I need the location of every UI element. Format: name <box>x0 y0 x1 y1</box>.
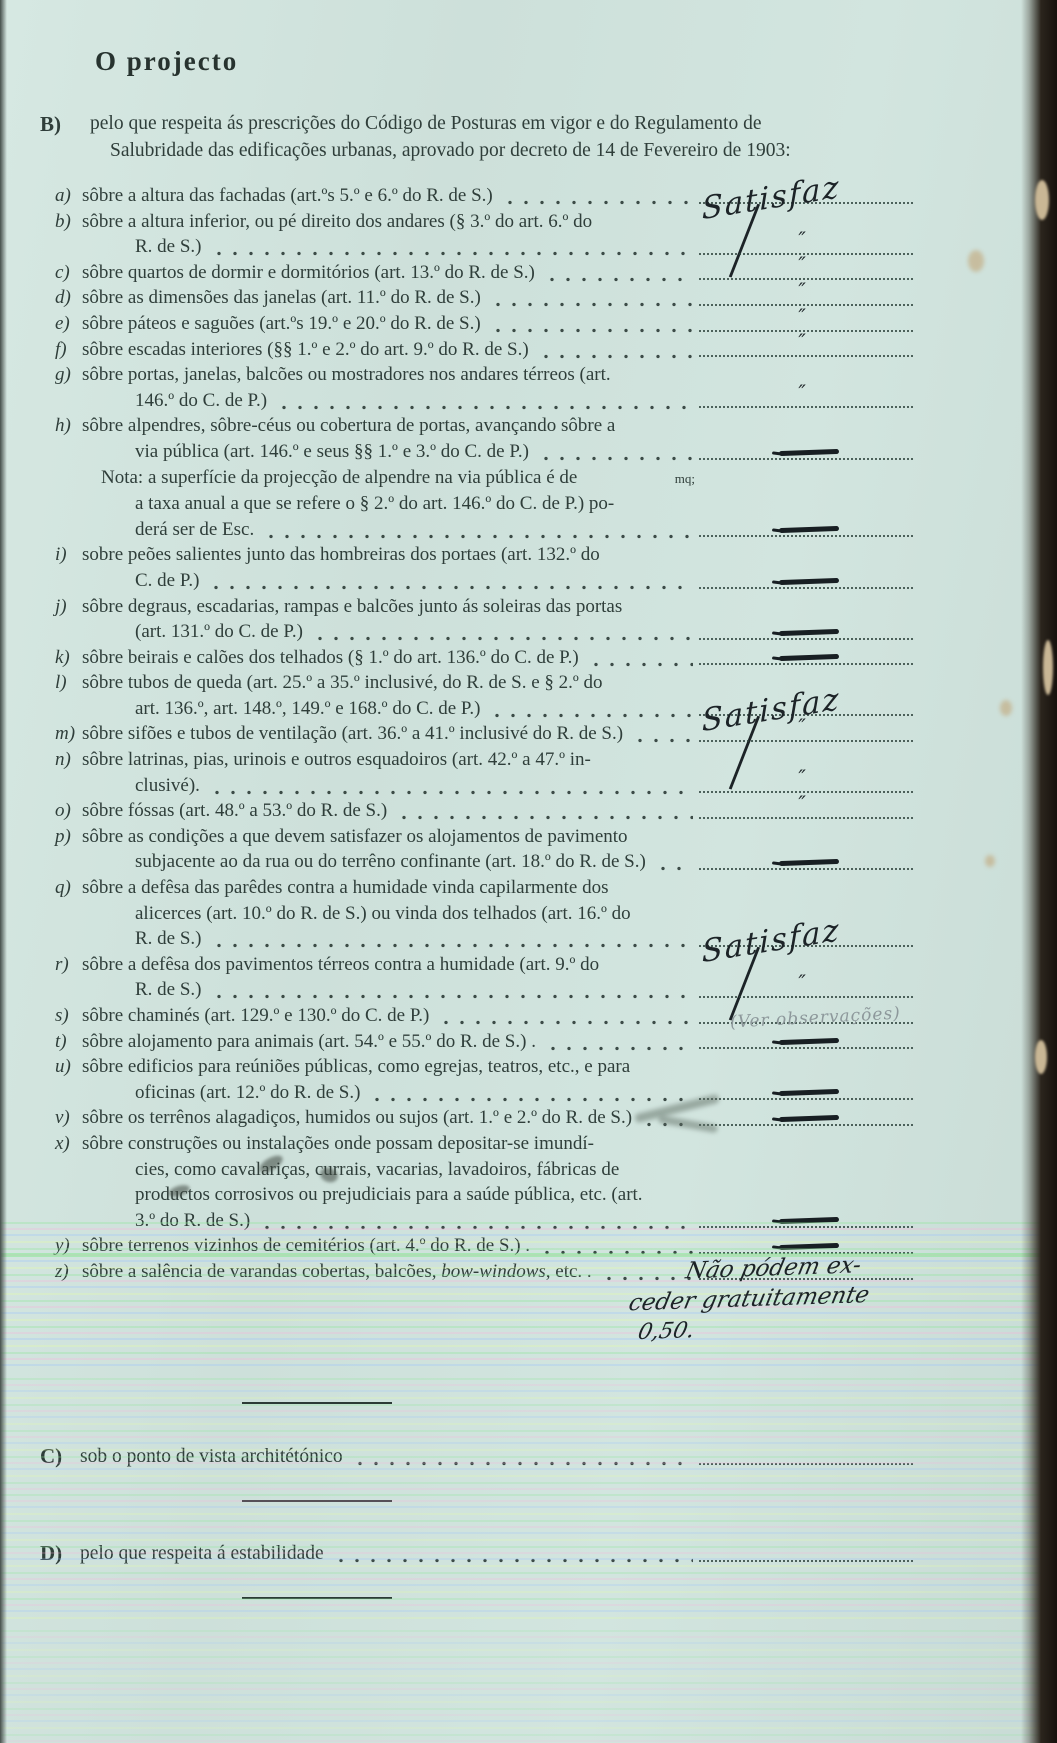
form-row: t)sôbre alojamento para animais (art. 54… <box>38 1029 915 1055</box>
item-text: sôbre terrenos vizinhos de cemitérios (a… <box>82 1233 530 1259</box>
item-label: h) <box>55 413 82 439</box>
dot-leader <box>259 1208 693 1234</box>
question-line: R. de S.) <box>55 234 695 260</box>
check-dash-mark <box>779 448 839 455</box>
item-text: subjacente ao da rua ou do terrêno confi… <box>135 849 646 875</box>
form-row: f)sôbre escadas interiores (§§ 1.º e 2.º… <box>38 337 915 363</box>
form-row: b)sôbre a altura inferior, ou pé direito… <box>38 209 915 260</box>
dot-leader <box>211 926 694 952</box>
answer-line <box>695 1054 915 1105</box>
item-text: sôbre construções ou instalações onde po… <box>82 1131 594 1157</box>
question-line: l)sôbre tubos de queda (art. 25.º a 35.º… <box>55 670 695 696</box>
section-c-label: C) <box>40 1444 80 1470</box>
section-c-row: C) sob o ponto de vista architétónico <box>38 1444 915 1470</box>
item-label: u) <box>55 1054 82 1080</box>
dotted-answer-line <box>699 253 913 255</box>
check-dash-mark <box>779 859 839 866</box>
dot-leader <box>211 977 694 1003</box>
dot-leader <box>538 337 693 363</box>
question-line: productos corrosivos ou prejudiciais par… <box>55 1182 695 1208</box>
dot-leader <box>352 1444 693 1470</box>
dot-leader <box>209 773 693 799</box>
dot-leader <box>490 285 693 311</box>
item-text: sôbre a altura das fachadas (art.ºs 5.º … <box>82 183 493 209</box>
item-label: i) <box>55 542 82 568</box>
question-line: R. de S.) <box>55 926 695 952</box>
question-line: j)sôbre degraus, escadarias, rampas e ba… <box>55 594 695 620</box>
item-text: sôbre latrinas, pias, urinois e outros e… <box>82 747 591 773</box>
form-row: g)sôbre portas, janelas, balcões ou most… <box>38 362 915 413</box>
item-text: sôbre as condições a que devem satisfaze… <box>82 824 628 850</box>
form-row: z)sôbre a salência de varandas cobertas,… <box>38 1259 915 1285</box>
dot-leader <box>276 388 693 414</box>
question-line: cies, como cavalariças, currais, vacaria… <box>55 1157 695 1183</box>
item-question: h)sôbre alpendres, sôbre-céus ou cobertu… <box>38 413 695 464</box>
answer-line: ″ <box>695 721 915 747</box>
section-b-label: B) <box>40 111 90 138</box>
item-label: o) <box>55 798 82 824</box>
section-d-row: D) pelo que respeita á estabilidade <box>38 1541 915 1567</box>
item-label: j) <box>55 594 82 620</box>
item-label: n) <box>55 747 82 773</box>
item-question: t)sôbre alojamento para animais (art. 54… <box>38 1029 695 1055</box>
dotted-answer-line <box>699 1047 913 1049</box>
question-line: art. 136.º, art. 148.º, 149.º e 168.º do… <box>55 696 695 722</box>
scanned-form-page: O projecto B) pelo que respeita ás presc… <box>0 0 1057 1743</box>
answer-line: ″ <box>695 747 915 798</box>
answer-line: Satisfaz <box>695 670 915 721</box>
handwritten-note: Não pódem ex-ceder gratuitamente0,50. <box>686 1242 1057 1347</box>
item-question: k)sôbre beirais e calões dos telhados (§… <box>38 645 695 671</box>
item-label: p) <box>55 824 82 850</box>
item-label: m) <box>55 721 82 747</box>
item-text: sôbre a altura inferior, ou pé direito d… <box>82 209 592 235</box>
page-edge-right <box>1021 0 1057 1743</box>
torn-paper <box>1035 180 1049 220</box>
form-row: d)sôbre as dimensões das janelas (art. 1… <box>38 285 915 311</box>
question-line: z)sôbre a salência de varandas cobertas,… <box>55 1259 695 1285</box>
dotted-answer-line <box>699 355 913 357</box>
form-row: x)sôbre construções ou instalações onde … <box>38 1131 915 1233</box>
ditto-mark: ″ <box>798 227 803 251</box>
dotted-answer-line <box>699 330 913 332</box>
item-text: via pública (art. 146.º e seus §§ 1.º e … <box>135 439 529 465</box>
section-c-text: sob o ponto de vista architétónico <box>80 1444 343 1470</box>
question-line: 146.º do C. de P.) <box>55 388 695 414</box>
dot-leader <box>211 234 694 260</box>
item-label: a) <box>55 183 82 209</box>
form-row: k)sôbre beirais e calões dos telhados (§… <box>38 645 915 671</box>
item-question: c)sôbre quartos de dormir e dormitórios … <box>38 260 695 286</box>
divider-rule <box>242 1597 392 1599</box>
item-text: sôbre a salência de varandas cobertas, b… <box>82 1259 441 1285</box>
item-text: art. 136.º, art. 148.º, 149.º e 168.º do… <box>135 696 480 722</box>
check-dash-mark <box>779 1243 839 1250</box>
dotted-answer-line <box>699 638 913 640</box>
question-line: n)sôbre latrinas, pias, urinois e outros… <box>55 747 695 773</box>
item-text: sôbre beirais e calões dos telhados (§ 1… <box>82 645 579 671</box>
form-row: Nota: a superfície da projecção de alpen… <box>38 465 915 543</box>
dot-leader <box>502 183 693 209</box>
answer-line: (Ver observações) <box>695 1003 915 1029</box>
ditto-mark: ″ <box>798 329 803 353</box>
item-text: sôbre a defêsa das parêdes contra a humi… <box>82 875 609 901</box>
item-text: C. de P.) <box>135 568 199 594</box>
section-d-label: D) <box>40 1541 80 1567</box>
item-text: R. de S.) <box>135 977 202 1003</box>
form-row: u)sôbre edificios para reúniões públicas… <box>38 1054 915 1105</box>
form-row: q)sôbre a defêsa das parêdes contra a hu… <box>38 875 915 952</box>
form-row: l)sôbre tubos de queda (art. 25.º a 35.º… <box>38 670 915 721</box>
item-text: sôbre escadas interiores (§§ 1.º e 2.º d… <box>82 337 529 363</box>
answer-line: ″ <box>695 285 915 311</box>
question-line: x)sôbre construções ou instalações onde … <box>55 1131 695 1157</box>
dotted-answer-line <box>699 740 913 742</box>
age-spot <box>985 855 995 867</box>
item-text: sôbre alpendres, sôbre-céus ou cobertura… <box>82 413 615 439</box>
form-row: p)sôbre as condições a que devem satisfa… <box>38 824 915 875</box>
dotted-answer-line <box>699 868 913 870</box>
ditto-mark: ″ <box>798 380 803 404</box>
answer-line <box>695 1105 915 1131</box>
form-row: s)sôbre chaminés (art. 129.º e 130.º do … <box>38 1003 915 1029</box>
item-text-italic: bow-windows <box>441 1259 546 1285</box>
form-row: n)sôbre latrinas, pias, urinois e outros… <box>38 747 915 798</box>
dot-leader <box>490 311 693 337</box>
section-b-line1: B) pelo que respeita ás prescrições do C… <box>40 111 925 138</box>
dot-leader <box>632 721 693 747</box>
check-dash-mark <box>779 1038 839 1045</box>
scan-artifact-stripes <box>0 1630 1057 1743</box>
item-text: sôbre sifões e tubos de ventilação (art.… <box>82 721 623 747</box>
dotted-answer-line <box>699 996 913 998</box>
answer-line: ″ <box>695 362 915 413</box>
dotted-answer-line <box>699 817 913 819</box>
dot-leader <box>544 260 693 286</box>
check-dash-mark <box>779 1217 839 1224</box>
item-text: sôbre os terrênos alagadiços, humidos ou… <box>82 1105 632 1131</box>
section-c-question: C) sob o ponto de vista architétónico <box>38 1444 695 1470</box>
check-dash-mark <box>779 1115 839 1122</box>
question-line: (art. 131.º do C. de P.) <box>55 619 695 645</box>
item-question: d)sôbre as dimensões das janelas (art. 1… <box>38 285 695 311</box>
item-question: y)sôbre terrenos vizinhos de cemitérios … <box>38 1233 695 1259</box>
dot-leader <box>655 849 693 875</box>
item-question: n)sôbre latrinas, pias, urinois e outros… <box>38 747 695 798</box>
question-line: t)sôbre alojamento para animais (art. 54… <box>55 1029 695 1055</box>
check-dash-mark <box>779 654 839 661</box>
ditto-mark: ″ <box>798 970 803 994</box>
question-line: u)sôbre edificios para reúniões públicas… <box>55 1054 695 1080</box>
dotted-answer-line <box>699 663 913 665</box>
spacer <box>577 465 674 492</box>
item-label: s) <box>55 1003 82 1029</box>
item-label: x) <box>55 1131 82 1157</box>
item-text: derá ser de Esc. <box>135 517 254 543</box>
item-label: c) <box>55 260 82 286</box>
item-question: a)sôbre a altura das fachadas (art.ºs 5.… <box>38 183 695 209</box>
check-dash-mark <box>779 629 839 636</box>
item-text: R. de S.) <box>135 926 202 952</box>
question-line: r)sôbre a defêsa dos pavimentos térreos … <box>55 952 695 978</box>
item-label: b) <box>55 209 82 235</box>
question-line: subjacente ao da rua ou do terrêno confi… <box>55 849 695 875</box>
question-line: s)sôbre chaminés (art. 129.º e 130.º do … <box>55 1003 695 1029</box>
question-line: oficinas (art. 12.º do R. de S.) <box>55 1080 695 1106</box>
dot-leader <box>641 1105 693 1131</box>
item-text: sôbre fóssas (art. 48.º a 53.º do R. de … <box>82 798 387 824</box>
question-line: f)sôbre escadas interiores (§§ 1.º e 2.º… <box>55 337 695 363</box>
divider-rule <box>242 1402 392 1404</box>
form-row: r)sôbre a defêsa dos pavimentos térreos … <box>38 952 915 1003</box>
item-text: sobre peões salientes junto das hombreir… <box>82 542 600 568</box>
answer-line <box>695 1444 915 1470</box>
item-question: i)sobre peões salientes junto das hombre… <box>38 542 695 593</box>
question-line: alicerces (art. 10.º do R. de S.) ou vin… <box>55 901 695 927</box>
ditto-mark: ″ <box>798 252 803 276</box>
question-line: k)sôbre beirais e calões dos telhados (§… <box>55 645 695 671</box>
item-text: a taxa anual a que se refere o § 2.º do … <box>135 491 614 517</box>
item-question: g)sôbre portas, janelas, balcões ou most… <box>38 362 695 413</box>
answer-line <box>695 824 915 875</box>
dotted-answer-line <box>699 406 913 408</box>
item-text: oficinas (art. 12.º do R. de S.) <box>135 1080 360 1106</box>
ditto-mark: ″ <box>798 714 803 738</box>
item-question: m)sôbre sifões e tubos de ventilação (ar… <box>38 721 695 747</box>
question-line: c)sôbre quartos de dormir e dormitórios … <box>55 260 695 286</box>
page-edge-left <box>0 0 7 1743</box>
item-text: (art. 131.º do C. de P.) <box>135 619 303 645</box>
dotted-answer-line <box>699 1560 913 1562</box>
dot-leader <box>369 1080 693 1106</box>
answer-line: ″ <box>695 798 915 824</box>
superscript-unit: mq; <box>675 466 695 492</box>
dot-leader <box>601 1259 693 1285</box>
dot-leader <box>263 517 693 543</box>
dot-leader <box>312 619 693 645</box>
answer-line: ″ <box>695 209 915 260</box>
dot-leader <box>539 1233 693 1259</box>
item-question: z)sôbre a salência de varandas cobertas,… <box>38 1259 695 1285</box>
item-label: y) <box>55 1233 82 1259</box>
item-text: sôbre páteos e saguões (art.ºs 19.º e 20… <box>82 311 481 337</box>
question-line: 3.º do R. de S.) <box>55 1208 695 1234</box>
torn-paper <box>1043 640 1053 695</box>
item-question: o)sôbre fóssas (art. 48.º a 53.º do R. d… <box>38 798 695 824</box>
dot-leader <box>333 1541 693 1567</box>
item-text: alicerces (art. 10.º do R. de S.) ou vin… <box>135 901 631 927</box>
question-line: clusivé). <box>55 773 695 799</box>
item-question: q)sôbre a defêsa das parêdes contra a hu… <box>38 875 695 952</box>
item-text: sôbre a defêsa dos pavimentos térreos co… <box>82 952 599 978</box>
item-text: cies, como cavalariças, currais, vacaria… <box>135 1157 619 1183</box>
question-line: i)sobre peões salientes junto das hombre… <box>55 542 695 568</box>
section-b-text2: Salubridade das edificações urbanas, apr… <box>110 140 791 161</box>
item-question: l)sôbre tubos de queda (art. 25.º a 35.º… <box>38 670 695 721</box>
answer-line <box>695 413 915 464</box>
question-line: a)sôbre a altura das fachadas (art.ºs 5.… <box>55 183 695 209</box>
question-line: h)sôbre alpendres, sôbre-céus ou cobertu… <box>55 413 695 439</box>
form-row: o)sôbre fóssas (art. 48.º a 53.º do R. d… <box>38 798 915 824</box>
item-text: Nota: a superfície da projecção de alpen… <box>101 465 577 492</box>
answer-line <box>695 1131 915 1233</box>
question-line: o)sôbre fóssas (art. 48.º a 53.º do R. d… <box>55 798 695 824</box>
item-label: g) <box>55 362 82 388</box>
check-dash-mark <box>779 526 839 533</box>
item-question: f)sôbre escadas interiores (§§ 1.º e 2.º… <box>38 337 695 363</box>
ditto-mark: ″ <box>798 304 803 328</box>
item-label: d) <box>55 285 82 311</box>
dot-leader <box>545 1029 693 1055</box>
question-line: via pública (art. 146.º e seus §§ 1.º e … <box>55 439 695 465</box>
item-label: z) <box>55 1259 82 1285</box>
answer-line <box>695 542 915 593</box>
dot-leader <box>438 1003 693 1029</box>
question-line: m)sôbre sifões e tubos de ventilação (ar… <box>55 721 695 747</box>
dotted-answer-line <box>699 1098 913 1100</box>
question-line: q)sôbre a defêsa das parêdes contra a hu… <box>55 875 695 901</box>
item-text: productos corrosivos ou prejudiciais par… <box>135 1182 643 1208</box>
divider-rule <box>242 1500 392 1502</box>
item-question: p)sôbre as condições a que devem satisfa… <box>38 824 695 875</box>
form-row: a)sôbre a altura das fachadas (art.ºs 5.… <box>38 183 915 209</box>
form-row: h)sôbre alpendres, sôbre-céus ou cobertu… <box>38 413 915 464</box>
dotted-answer-line <box>699 278 913 280</box>
dot-leader <box>208 568 693 594</box>
item-text: sôbre portas, janelas, balcões ou mostra… <box>82 362 611 388</box>
check-dash-mark <box>779 1089 839 1096</box>
question-line: e)sôbre páteos e saguões (art.ºs 19.º e … <box>55 311 695 337</box>
item-text: sôbre edificios para reúniões públicas, … <box>82 1054 630 1080</box>
section-d-text: pelo que respeita á estabilidade <box>80 1541 324 1567</box>
dot-leader <box>396 798 693 824</box>
form-row: c)sôbre quartos de dormir e dormitórios … <box>38 260 915 286</box>
scan-artifact-stripes <box>0 1378 1057 1490</box>
item-question: s)sôbre chaminés (art. 129.º e 130.º do … <box>38 1003 695 1029</box>
ditto-mark: ″ <box>798 791 803 815</box>
item-label: v) <box>55 1105 82 1131</box>
answer-line <box>695 594 915 645</box>
dot-leader <box>489 696 693 722</box>
section-b-text1: pelo que respeita ás prescrições do Códi… <box>90 111 762 138</box>
form-row: e)sôbre páteos e saguões (art.ºs 19.º e … <box>38 311 915 337</box>
answer-line: ″ <box>695 311 915 337</box>
item-text: sôbre quartos de dormir e dormitórios (a… <box>82 260 535 286</box>
item-question: r)sôbre a defêsa dos pavimentos térreos … <box>38 952 695 1003</box>
item-text: 3.º do R. de S.) <box>135 1208 250 1234</box>
check-dash-mark <box>779 577 839 584</box>
question-line: derá ser de Esc. <box>55 517 695 543</box>
answer-line: ″ <box>695 260 915 286</box>
answer-line <box>695 1541 915 1567</box>
form-row: v)sôbre os terrênos alagadiços, humidos … <box>38 1105 915 1131</box>
dot-leader <box>538 439 693 465</box>
item-question: u)sôbre edificios para reúniões públicas… <box>38 1054 695 1105</box>
dotted-answer-line <box>699 304 913 306</box>
age-spot <box>968 250 984 272</box>
item-question: Nota: a superfície da projecção de alpen… <box>38 465 695 543</box>
answer-line: Satisfaz <box>695 183 915 209</box>
item-text: sôbre alojamento para animais (art. 54.º… <box>82 1029 536 1055</box>
question-line: p)sôbre as condições a que devem satisfa… <box>55 824 695 850</box>
form-items: a)sôbre a altura das fachadas (art.ºs 5.… <box>38 183 915 1285</box>
question-line: g)sôbre portas, janelas, balcões ou most… <box>55 362 695 388</box>
question-line: d)sôbre as dimensões das janelas (art. 1… <box>55 285 695 311</box>
question-line: Nota: a superfície da projecção de alpen… <box>55 465 695 492</box>
answer-line: Satisfaz <box>695 875 915 952</box>
dotted-answer-line <box>699 458 913 460</box>
item-question: v)sôbre os terrênos alagadiços, humidos … <box>38 1105 695 1131</box>
dotted-answer-line <box>699 1124 913 1126</box>
question-line: v)sôbre os terrênos alagadiços, humidos … <box>55 1105 695 1131</box>
item-text: sôbre degraus, escadarias, rampas e balc… <box>82 594 622 620</box>
item-label: t) <box>55 1029 82 1055</box>
item-text: , etc. . <box>546 1259 592 1285</box>
section-b-line2: Salubridade das edificações urbanas, apr… <box>40 138 925 165</box>
form-row: j)sôbre degraus, escadarias, rampas e ba… <box>38 594 915 645</box>
answer-line: Não pódem ex-ceder gratuitamente0,50. <box>695 1259 915 1285</box>
item-text: clusivé). <box>135 773 200 799</box>
form-row: m)sôbre sifões e tubos de ventilação (ar… <box>38 721 915 747</box>
answer-line <box>695 1029 915 1055</box>
item-label: q) <box>55 875 82 901</box>
form-row: i)sobre peões salientes junto das hombre… <box>38 542 915 593</box>
section-d-question: D) pelo que respeita á estabilidade <box>38 1541 695 1567</box>
answer-line: ″ <box>695 337 915 363</box>
dotted-answer-line <box>699 1463 913 1465</box>
item-question: x)sôbre construções ou instalações onde … <box>38 1131 695 1233</box>
question-line: a taxa anual a que se refere o § 2.º do … <box>55 491 695 517</box>
item-question: b)sôbre a altura inferior, ou pé direito… <box>38 209 695 260</box>
ditto-mark: ″ <box>798 765 803 789</box>
item-text: R. de S.) <box>135 234 202 260</box>
dotted-answer-line <box>699 535 913 537</box>
item-text: 146.º do C. de P.) <box>135 388 267 414</box>
question-line: y)sôbre terrenos vizinhos de cemitérios … <box>55 1233 695 1259</box>
page-title: O projecto <box>95 46 238 77</box>
dot-leader <box>588 645 693 671</box>
question-line: R. de S.) <box>55 977 695 1003</box>
section-b: B) pelo que respeita ás prescrições do C… <box>40 111 925 164</box>
item-text: sôbre as dimensões das janelas (art. 11.… <box>82 285 481 311</box>
item-text: sôbre tubos de queda (art. 25.º a 35.º i… <box>82 670 603 696</box>
dotted-answer-line <box>699 1226 913 1228</box>
answer-line: ″ <box>695 952 915 1003</box>
ditto-mark: ″ <box>798 278 803 302</box>
item-label: k) <box>55 645 82 671</box>
torn-paper <box>1035 1040 1047 1074</box>
answer-line <box>695 465 915 543</box>
item-label: f) <box>55 337 82 363</box>
item-label: l) <box>55 670 82 696</box>
dotted-answer-line <box>699 587 913 589</box>
item-label: e) <box>55 311 82 337</box>
answer-line <box>695 645 915 671</box>
item-text: sôbre chaminés (art. 129.º e 130.º do C.… <box>82 1003 429 1029</box>
item-question: j)sôbre degraus, escadarias, rampas e ba… <box>38 594 695 645</box>
question-line: C. de P.) <box>55 568 695 594</box>
dotted-answer-line <box>699 791 913 793</box>
age-spot <box>1000 700 1012 716</box>
question-line: b)sôbre a altura inferior, ou pé direito… <box>55 209 695 235</box>
item-label: r) <box>55 952 82 978</box>
item-question: e)sôbre páteos e saguões (art.ºs 19.º e … <box>38 311 695 337</box>
